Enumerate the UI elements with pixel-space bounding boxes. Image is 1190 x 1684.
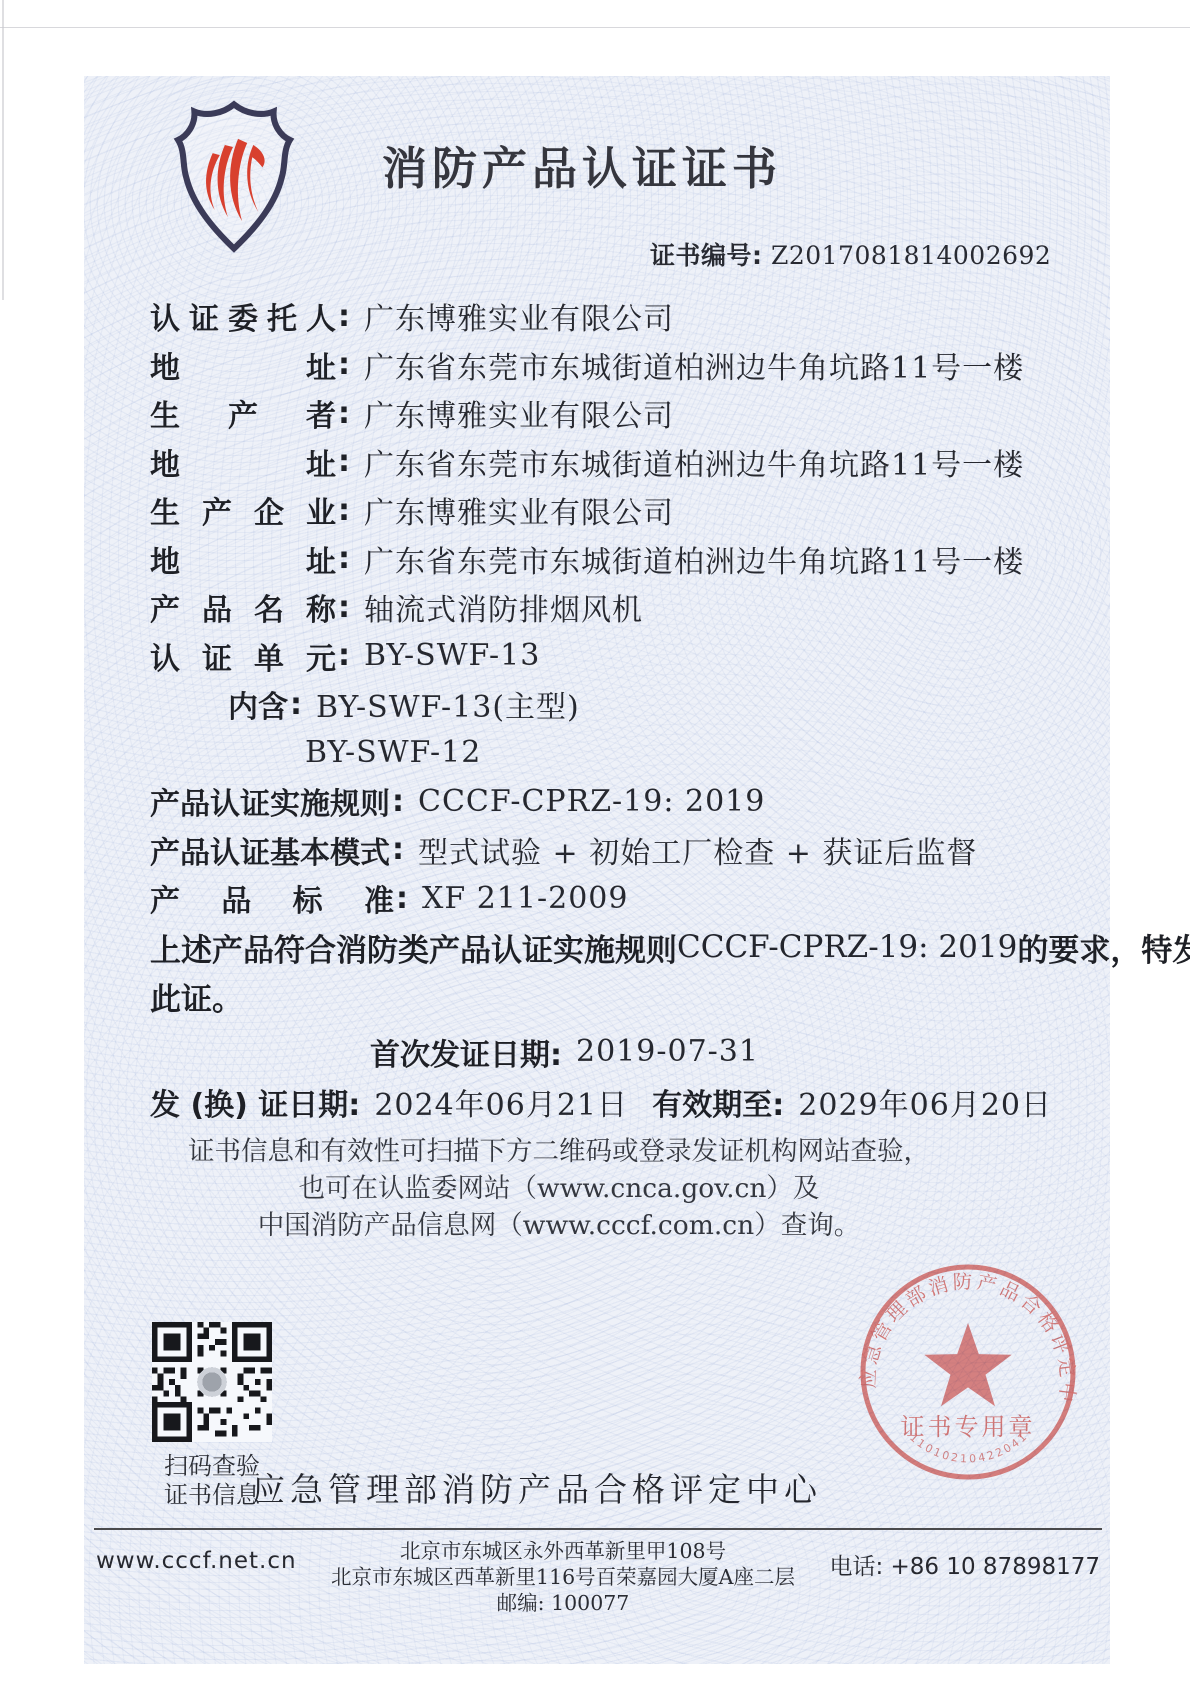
colon: : bbox=[338, 444, 350, 479]
field-label: 生产者 bbox=[150, 391, 336, 435]
issue-date-label: 发 (换) 证日期: bbox=[150, 1080, 360, 1124]
field-value: 轴流式消防排烟风机 bbox=[364, 585, 643, 629]
qr-code bbox=[152, 1322, 272, 1442]
contains-row: 内含: BY-SWF-13(主型) bbox=[228, 680, 1052, 729]
issuer-name: 应急管理部消防产品合格评定中心 bbox=[150, 1464, 1044, 1511]
contains-row: BY-SWF-12 bbox=[150, 729, 1052, 778]
field-value: 广东省东莞市东城街道柏洲边牛角坑路11号一楼 bbox=[364, 440, 1024, 484]
expiry-date-label: 有效期至: bbox=[652, 1080, 784, 1124]
field-row-address: 地址: 广东省东莞市东城街道柏洲边牛角坑路11号一楼 bbox=[150, 341, 1052, 390]
rule-row-basic-mode: 产品认证基本模式: 型式试验 + 初始工厂检查 + 获证后监督 bbox=[150, 826, 1052, 875]
footer-address-block: 北京市东城区永外西革新里甲108号 北京市东城区西革新里116号百荣嘉园大厦A座… bbox=[331, 1538, 795, 1616]
expiry-date-value: 2029年06月20日 bbox=[798, 1080, 1052, 1124]
contains-item: BY-SWF-13(主型) bbox=[316, 682, 580, 726]
rule-value: XF 211-2009 bbox=[422, 881, 628, 916]
rule-row-product-standard: 产品标准: XF 211-2009 bbox=[150, 874, 1052, 923]
statement-line-1: 上述产品符合消防类产品认证实施规则CCCF-CPRZ-19: 2019的要求，特… bbox=[150, 923, 1052, 972]
footer-divider bbox=[94, 1528, 1102, 1530]
colon: : bbox=[338, 493, 350, 528]
statement-text: 上述产品符合消防类产品认证实施规则 bbox=[150, 925, 677, 970]
colon: : bbox=[290, 687, 302, 722]
first-issue-date-row: 首次发证日期: 2019-07-31 bbox=[370, 1027, 1052, 1077]
colon: : bbox=[338, 541, 350, 576]
colon: : bbox=[338, 396, 350, 431]
certificate-number-label: 证书编号: bbox=[650, 241, 763, 270]
field-label: 认证委托人 bbox=[150, 294, 336, 338]
scan-artifact-top-line bbox=[0, 27, 1190, 28]
certificate-number-value: Z2017081814002692 bbox=[771, 241, 1051, 270]
statement-text: 的要求，特发 bbox=[1017, 925, 1190, 970]
colon: : bbox=[396, 881, 408, 916]
field-row-product-name: 产品名称: 轴流式消防排烟风机 bbox=[150, 583, 1052, 632]
colon: : bbox=[338, 347, 350, 382]
seal-star-icon bbox=[924, 1323, 1011, 1406]
field-value: 广东博雅实业有限公司 bbox=[364, 294, 674, 338]
scan-artifact-left-line bbox=[2, 0, 4, 300]
verification-line: 证书信息和有效性可扫描下方二维码或登录发证机构网站查验， bbox=[150, 1133, 968, 1170]
certificate-title: 消防产品认证证书 bbox=[382, 132, 782, 197]
fire-shield-logo bbox=[168, 98, 300, 256]
field-row-applicant: 认证委托人: 广东博雅实业有限公司 bbox=[150, 292, 1052, 341]
field-row-certification-unit: 认证单元: BY-SWF-13 bbox=[150, 632, 1052, 681]
field-value: 广东省东莞市东城街道柏洲边牛角坑路11号一楼 bbox=[364, 537, 1024, 581]
statement-line-2: 此证。 bbox=[150, 972, 1052, 1021]
field-row-manufacturer: 生产企业: 广东博雅实业有限公司 bbox=[150, 486, 1052, 535]
contains-item: BY-SWF-12 bbox=[305, 735, 481, 770]
issue-date-value: 2024年06月21日 bbox=[374, 1080, 628, 1124]
colon: : bbox=[392, 784, 404, 819]
rule-label: 产品标准 bbox=[150, 876, 394, 920]
colon: : bbox=[338, 299, 350, 334]
field-row-address: 地址: 广东省东莞市东城街道柏洲边牛角坑路11号一楼 bbox=[150, 438, 1052, 487]
official-seal-stamp: 应急管理部消防产品合格评定中心 证书专用章 11010210422041 bbox=[853, 1257, 1083, 1487]
rule-value: 型式试验 + 初始工厂检查 + 获证后监督 bbox=[418, 828, 977, 872]
footer-website: www.cccf.net.cn bbox=[96, 1548, 297, 1574]
field-value: BY-SWF-13 bbox=[364, 638, 540, 673]
field-row-producer: 生产者: 广东博雅实业有限公司 bbox=[150, 389, 1052, 438]
field-label: 认证单元 bbox=[150, 634, 336, 678]
issue-expiry-date-row: 发 (换) 证日期: 2024年06月21日 有效期至: 2029年06月20日 bbox=[150, 1077, 1052, 1127]
statement-code: CCCF-CPRZ-19: 2019 bbox=[677, 929, 1017, 965]
footer: www.cccf.net.cn 北京市东城区永外西革新里甲108号 北京市东城区… bbox=[96, 1538, 1100, 1616]
footer-phone: 电话: +86 10 87898177 bbox=[829, 1548, 1100, 1581]
certificate-sheet: 消防产品认证证书 证书编号: Z2017081814002692 认证委托人: … bbox=[84, 76, 1110, 1664]
verification-note: 证书信息和有效性可扫描下方二维码或登录发证机构网站查验， 也可在认监委网站（ww… bbox=[150, 1133, 1052, 1244]
field-value: 广东省东莞市东城街道柏洲边牛角坑路11号一楼 bbox=[364, 343, 1024, 387]
field-value: 广东博雅实业有限公司 bbox=[364, 391, 674, 435]
certificate-number: 证书编号: Z2017081814002692 bbox=[650, 236, 1051, 272]
field-value: 广东博雅实业有限公司 bbox=[364, 488, 674, 532]
field-label: 地址 bbox=[150, 537, 336, 581]
rule-label: 产品认证基本模式 bbox=[150, 828, 390, 872]
field-label: 产品名称 bbox=[150, 585, 336, 629]
verification-line: 中国消防产品信息网（www.cccf.com.cn）查询。 bbox=[150, 1207, 968, 1244]
colon: : bbox=[338, 590, 350, 625]
certificate-body: 认证委托人: 广东博雅实业有限公司 地址: 广东省东莞市东城街道柏洲边牛角坑路1… bbox=[150, 292, 1052, 1244]
rule-value: CCCF-CPRZ-19: 2019 bbox=[418, 784, 765, 819]
contains-label: 内含 bbox=[228, 682, 288, 726]
field-row-address: 地址: 广东省东莞市东城街道柏洲边牛角坑路11号一楼 bbox=[150, 535, 1052, 584]
verification-line: 也可在认监委网站（www.cnca.gov.cn）及 bbox=[150, 1170, 968, 1207]
statement-text: 此证。 bbox=[150, 974, 243, 1019]
footer-address-line: 北京市东城区永外西革新里甲108号 bbox=[331, 1538, 795, 1564]
colon: : bbox=[338, 638, 350, 673]
field-label: 生产企业 bbox=[150, 488, 336, 532]
rule-row-implementation: 产品认证实施规则: CCCF-CPRZ-19: 2019 bbox=[150, 777, 1052, 826]
field-label: 地址 bbox=[150, 343, 336, 387]
first-issue-date-label: 首次发证日期: bbox=[370, 1030, 562, 1074]
footer-postcode: 邮编: 100077 bbox=[331, 1590, 795, 1616]
field-label: 地址 bbox=[150, 440, 336, 484]
rule-label: 产品认证实施规则 bbox=[150, 779, 390, 823]
first-issue-date-value: 2019-07-31 bbox=[576, 1034, 759, 1069]
colon: : bbox=[392, 832, 404, 867]
footer-address-line: 北京市东城区西革新里116号百荣嘉园大厦A座二层 bbox=[331, 1564, 795, 1590]
